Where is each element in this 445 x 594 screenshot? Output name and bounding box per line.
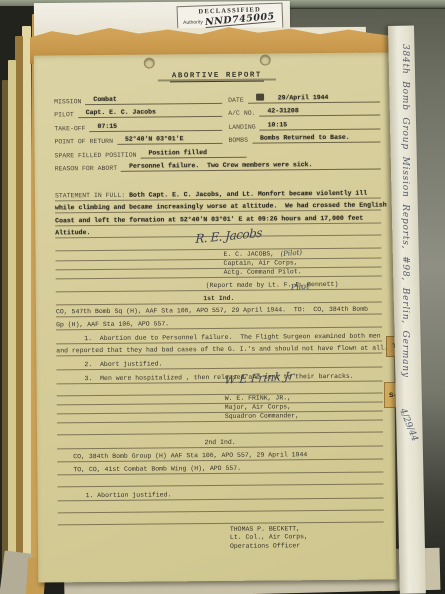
field-label: DATE bbox=[228, 96, 244, 103]
field-value: Bombs Returned to Base. bbox=[252, 134, 381, 144]
field-value: 52°40'N 03°01'E bbox=[117, 135, 223, 145]
paper-sliver bbox=[22, 26, 31, 594]
field-value: Personnel failure. Two Crew members were… bbox=[121, 161, 381, 172]
field-value: 29/April 1944 bbox=[248, 92, 380, 103]
header-fields: MISSION Combat DATE 29/April 1944 PILOT … bbox=[54, 89, 381, 173]
field-row: TAKE-OFF 07:15 LANDING 10:15 bbox=[54, 116, 380, 132]
paper-sliver bbox=[2, 80, 8, 594]
field-label: PILOT bbox=[54, 111, 74, 118]
report-body: STATEMENT IN FULL:Both Capt. E. C. Jacob… bbox=[55, 186, 384, 551]
field-row: REASON FOR ABORT Personnel failure. Two … bbox=[55, 156, 381, 172]
scan-background: DECLASSIFIED Authority NND745005 ABORTIV… bbox=[0, 0, 445, 594]
field-value: Capt. E. C. Jacobs bbox=[78, 108, 223, 118]
paper-sliver bbox=[15, 36, 23, 594]
field-value: Combat bbox=[85, 94, 222, 104]
field-label: BOMBS bbox=[228, 137, 248, 144]
field-value: 10:15 bbox=[260, 120, 381, 130]
field-value: 42-31208 bbox=[259, 107, 380, 117]
field-label: TAKE-OFF bbox=[54, 125, 85, 132]
field-label: POINT OF RETURN bbox=[54, 138, 113, 146]
pilot-handwritten-note: (Pilot) bbox=[280, 248, 302, 258]
field-value: Position filled bbox=[140, 148, 246, 158]
field-value: 07:15 bbox=[90, 121, 223, 131]
field-row: MISSION Combat DATE 29/April 1944 bbox=[54, 89, 380, 105]
field-label: A/C NO. bbox=[228, 110, 255, 117]
punch-hole-icon bbox=[144, 58, 155, 69]
stamp-authority-label: Authority bbox=[183, 18, 203, 27]
report-title: ABORTIVE REPORT bbox=[54, 63, 380, 79]
field-row: POINT OF RETURN 52°40'N 03°01'E BOMBS Bo… bbox=[54, 129, 380, 145]
punch-hole-icon bbox=[260, 55, 271, 66]
closing-role-line: Operations Officer bbox=[230, 540, 384, 550]
paper-sliver bbox=[8, 60, 16, 594]
abortive-report-document: ABORTIVE REPORT MISSION Combat DATE 29/A… bbox=[34, 52, 397, 582]
field-label: MISSION bbox=[54, 98, 81, 105]
field-label: SPARE FILLED POSITION bbox=[55, 151, 137, 159]
date-ink-mark bbox=[256, 93, 264, 100]
field-label: REASON FOR ABORT bbox=[55, 165, 117, 173]
field-row: PILOT Capt. E. C. Jacobs A/C NO. 42-3120… bbox=[54, 102, 380, 118]
field-label: LANDING bbox=[228, 123, 255, 130]
